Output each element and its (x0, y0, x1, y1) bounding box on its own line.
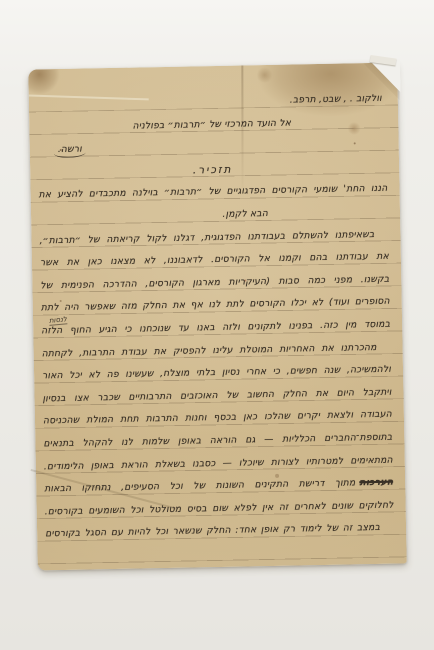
address-line: אל הועד המרכזי של ״תרבות״ בפולניה (37, 115, 386, 136)
handwritten-line-with-strikethrough: הערכותמתוך דרישת התקינים השונות של וכל ה… (44, 477, 393, 498)
handwritten-line: המתאימים למטרותיו לצורות שיוכלו — כסבנו … (44, 454, 393, 475)
handwriting-layer: וולקוב . , שבט, תרפב. אל הועד המרכזי של … (28, 63, 407, 571)
handwritten-line: העבודה ולצאת יקרים שהלכו כאן בכסף וחנות … (43, 409, 392, 430)
handwritten-line: הבא לקמן. (222, 208, 268, 223)
inserted-correction: לנסות (49, 315, 68, 326)
handwritten-line: בתוספת־החברים הכלליות — גם הוראה באופן ש… (43, 432, 392, 453)
city-line: ורשה. (54, 144, 86, 159)
handwritten-line: את עבודתנו בהם וקמנו אל הקורסים. לדאבוננ… (40, 251, 389, 272)
handwritten-line: ויתקבל היום את החלק החשוב של האוכזבים הת… (42, 386, 391, 407)
handwritten-line: ולהמשיכה, שנה חפשים, כי אחרי נסיון בלתי … (42, 364, 391, 385)
handwritten-line: לחלוקים שונים לאחרים זה אין לפלא שום בסי… (45, 499, 394, 520)
crossed-out-word: הערכות (359, 477, 393, 489)
handwritten-line: בשאיפתנו להשתלם בעבודתנו הפדגוגית, דגלנו… (39, 228, 388, 249)
line-continuation: מתוך דרישת התקינים השונות של וכל הסעיפים… (44, 478, 355, 495)
handwritten-line: הננו החת' שומעי הקורסים הפדגוגיים של ״תר… (39, 183, 388, 204)
memo-title: תזכיר. (38, 161, 387, 182)
handwritten-line: מהכרתנו את האחריות המוטלת עלינו להפסיק א… (42, 341, 391, 362)
handwritten-line: הסופרים ועוד) לא יכלו הקורסים לתת לנו אף… (41, 296, 390, 317)
photo-backdrop: וולקוב . , שבט, תרפב. אל הועד המרכזי של … (0, 0, 434, 650)
handwritten-line: במוסד מין כזה. בפנינו לתקונים ולזה באנו … (41, 319, 390, 340)
handwritten-line: במצב זה של לימוד רק אופן אחד: החלק שנשאר… (45, 522, 394, 543)
date-line: וולקוב . , שבט, תרפב. (290, 93, 382, 109)
underlined-city: ורשה. (54, 144, 86, 159)
letter-paper: וולקוב . , שבט, תרפב. אל הועד המרכזי של … (28, 63, 407, 571)
handwritten-line: בקשנו. מפני כמה סבות (העיקריות מארגון הק… (40, 273, 389, 294)
